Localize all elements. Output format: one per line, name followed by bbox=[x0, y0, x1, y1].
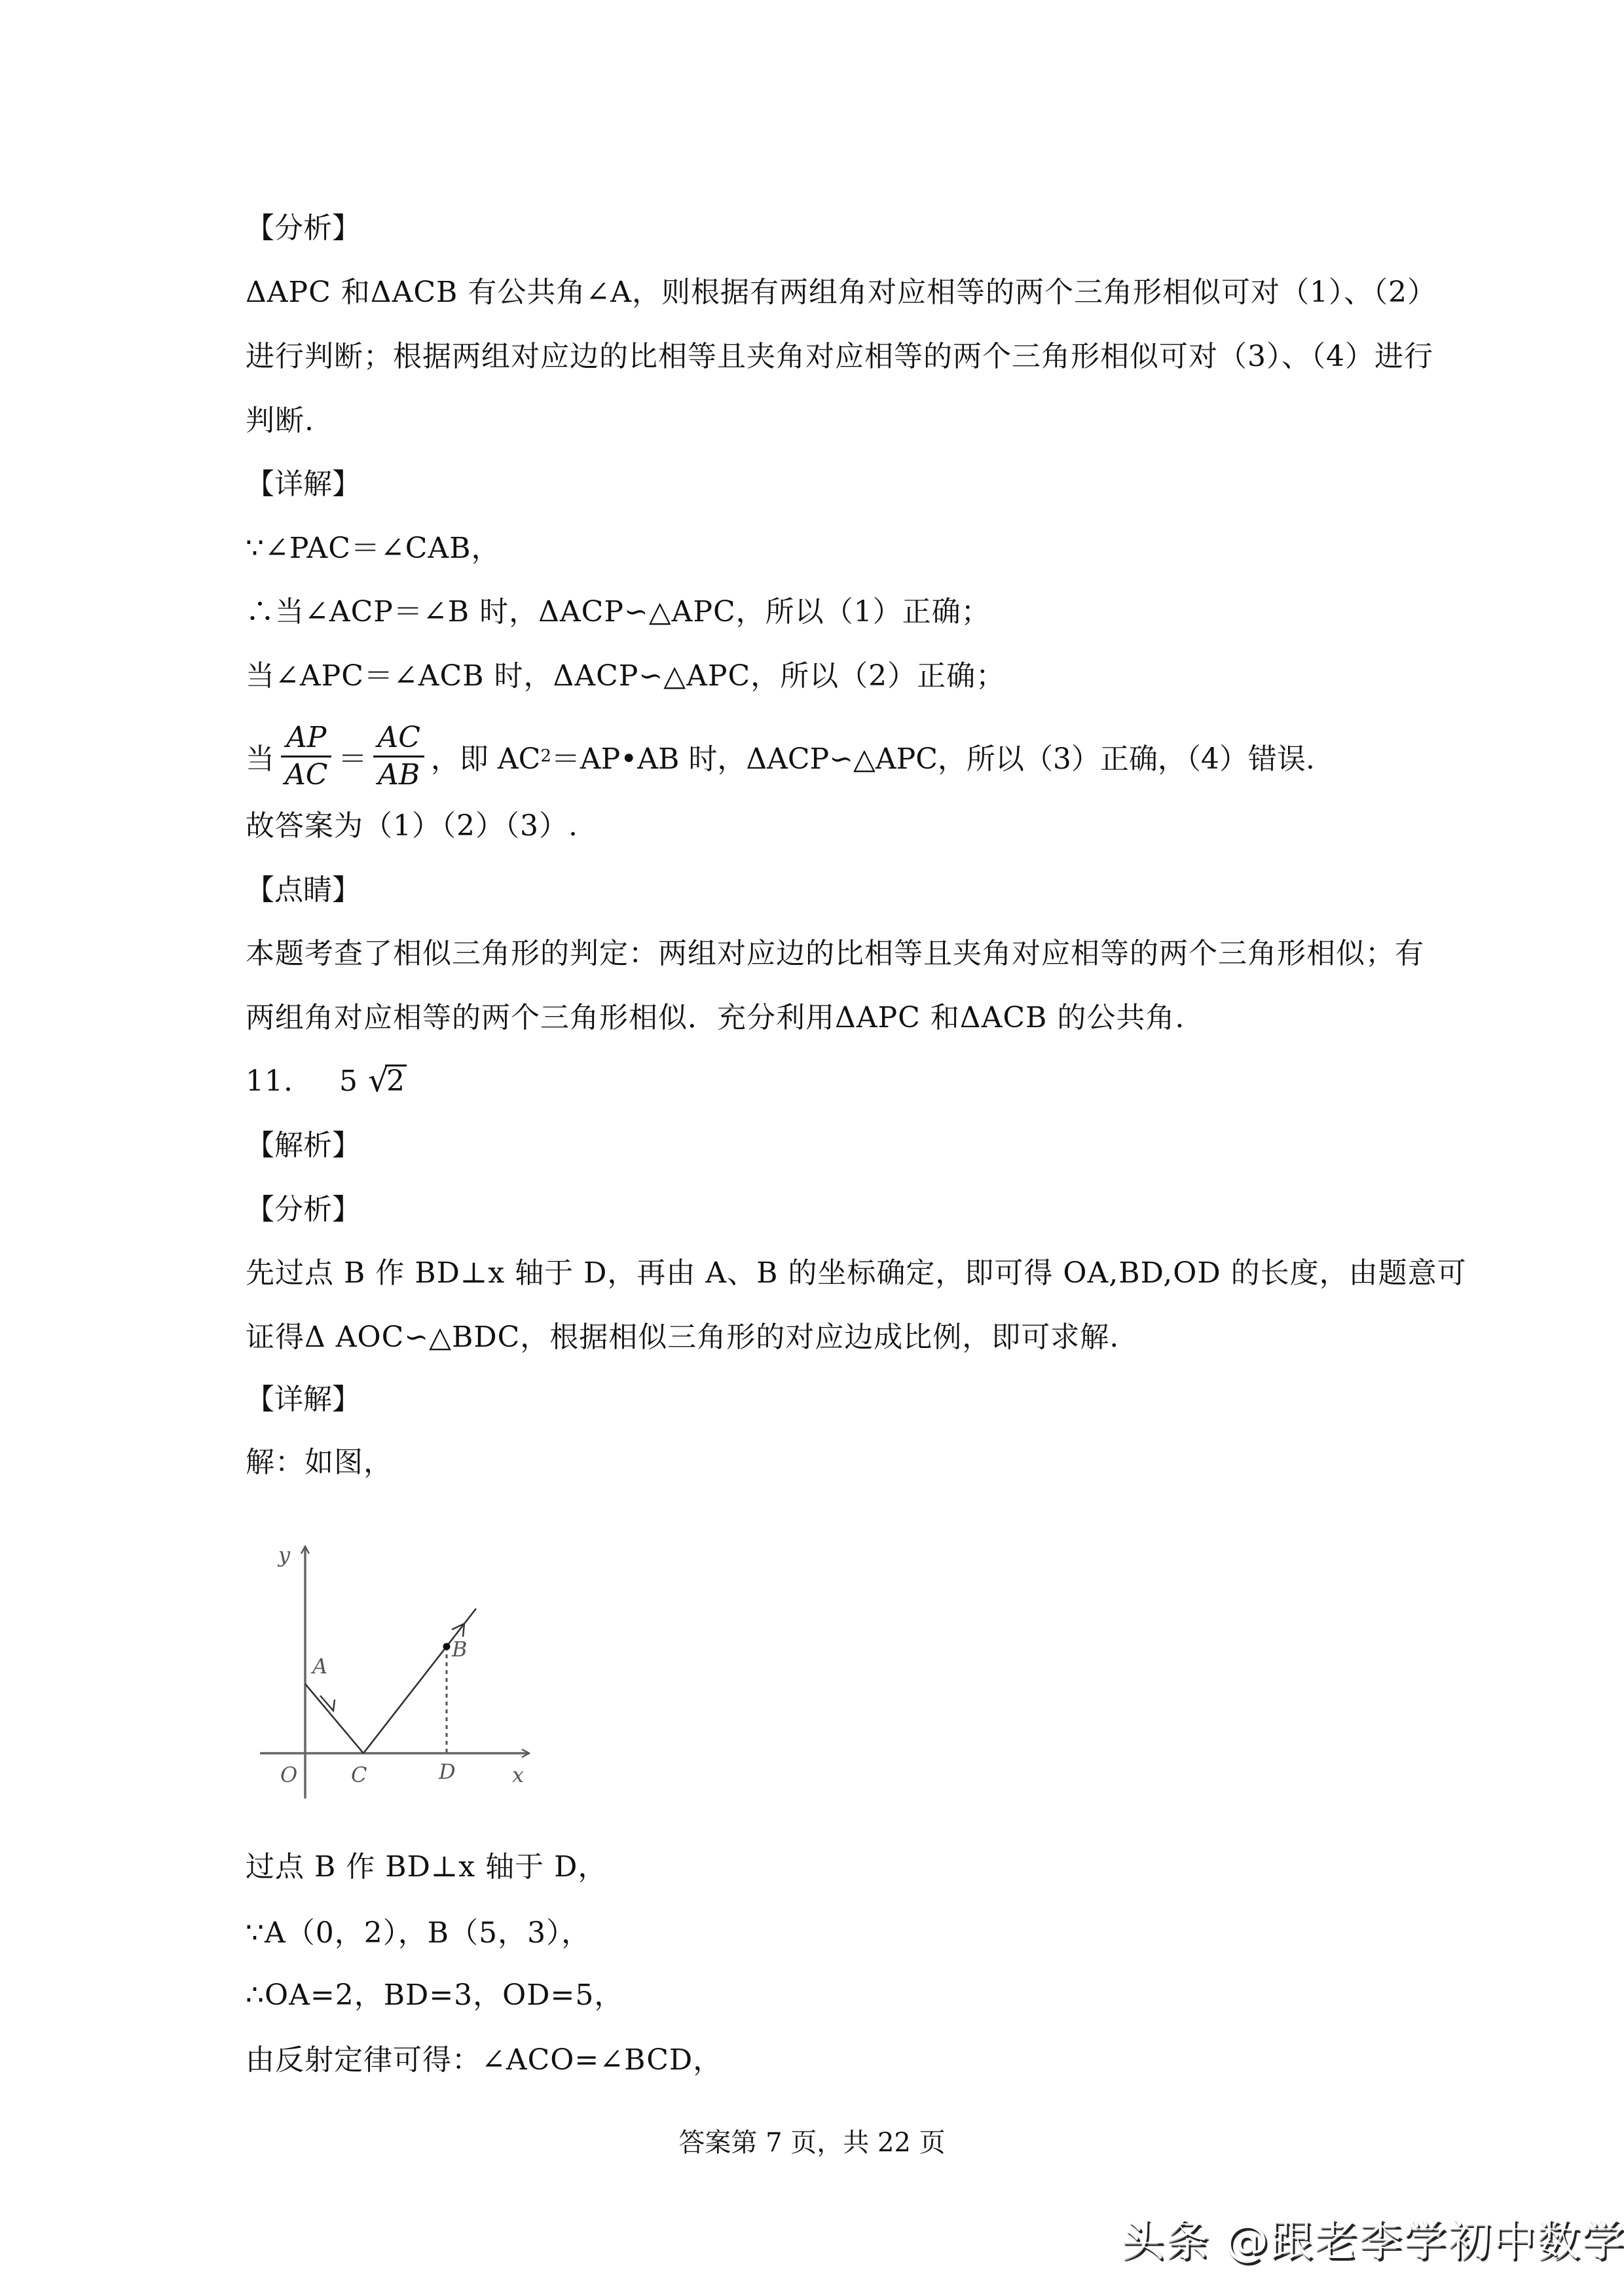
analysis-text-line: 先过点 B 作 BD⊥x 轴于 D，再由 A、B 的坐标确定，即可得 OA,BD… bbox=[246, 1255, 1467, 1292]
conclusion-line: 故答案为（1）（2）（3）. bbox=[246, 808, 578, 845]
reflected-ray bbox=[363, 1609, 476, 1753]
parse-heading: 【解析】 bbox=[246, 1127, 361, 1164]
fraction-numerator: AC bbox=[373, 720, 424, 756]
detail-text-line: ∵A（0，2），B（5，3）， bbox=[246, 1915, 591, 1952]
label-c: C bbox=[351, 1762, 367, 1787]
analysis-text-line: 判断. bbox=[246, 403, 314, 439]
label-x: x bbox=[512, 1762, 524, 1787]
incident-ray bbox=[305, 1684, 363, 1753]
question-number: 11. bbox=[246, 1065, 293, 1098]
label-d: D bbox=[438, 1759, 456, 1784]
analysis-text-line: 进行判断；根据两组对应边的比相等且夹角对应相等的两个三角形相似可对（3）、（4）… bbox=[246, 338, 1433, 375]
detail-heading: 【详解】 bbox=[246, 466, 361, 503]
page-footer: 答案第 7 页，共 22 页 bbox=[0, 2126, 1624, 2159]
answer-coefficient: 5 bbox=[339, 1065, 358, 1098]
label-y: y bbox=[277, 1542, 291, 1567]
fraction-denominator: AB bbox=[374, 757, 424, 793]
fraction-numerator: AP bbox=[282, 720, 330, 756]
fraction-middle-text: ，即 AC bbox=[431, 735, 540, 777]
fraction-ac-over-ab: AC AB bbox=[373, 720, 424, 793]
detail-intro-line: 解：如图， bbox=[246, 1444, 393, 1481]
analysis-text-line: 证得Δ AOC∽△BDC，根据相似三角形的对应边成比例，即可求解. bbox=[246, 1319, 1119, 1356]
label-o: O bbox=[280, 1762, 297, 1787]
fraction-prefix: 当 bbox=[246, 735, 274, 777]
detail-text-line: ∴当∠ACP＝∠B 时，ΔACP∽△APC，所以（1）正确； bbox=[246, 594, 991, 630]
analysis-heading: 【分析】 bbox=[246, 1192, 361, 1228]
question-11-answer: 11. 5 √ 2 bbox=[246, 1063, 407, 1100]
label-b: B bbox=[451, 1637, 468, 1662]
detail-text-line: ∴OA=2，BD=3，OD=5， bbox=[246, 1977, 623, 2014]
comment-text-line: 本题考查了相似三角形的判定：两组对应边的比相等且夹角对应相等的两个三角形相似；有 bbox=[246, 936, 1424, 972]
detail-text-line: 过点 B 作 BD⊥x 轴于 D， bbox=[246, 1849, 607, 1886]
detail-heading: 【详解】 bbox=[246, 1381, 361, 1418]
comment-text-line: 两组角对应相等的两个三角形相似．充分利用ΔAPC 和ΔACB 的公共角. bbox=[246, 1000, 1185, 1036]
square-root: √ 2 bbox=[368, 1063, 407, 1100]
fraction-denominator: AC bbox=[281, 757, 331, 793]
document-page: 【分析】 ΔAPC 和ΔACB 有公共角∠A，则根据有两组角对应相等的两个三角形… bbox=[0, 0, 1624, 2296]
fraction-suffix-text: ＝AP•AB 时，ΔACP∽△APC，所以（3）正确，（4）错误. bbox=[551, 735, 1315, 777]
detail-text-line: 当∠APC＝∠ACB 时，ΔACP∽△APC，所以（2）正确； bbox=[246, 658, 1005, 695]
sqrt-icon: √ bbox=[368, 1062, 390, 1099]
watermark: 头条 @跟老李学初中数学 bbox=[1121, 2216, 1624, 2266]
analysis-text-line: ΔAPC 和ΔACB 有公共角∠A，则根据有两组角对应相等的两个三角形相似可对（… bbox=[246, 274, 1437, 311]
fraction-ap-over-ac: AP AC bbox=[281, 720, 331, 793]
detail-text-line: 由反射定律可得：∠ACO=∠BCD， bbox=[246, 2042, 722, 2079]
point-b bbox=[443, 1643, 451, 1650]
label-a: A bbox=[310, 1654, 327, 1679]
fraction-equation-line: 当 AP AC ＝ AC AB ，即 AC2＝AP•AB 时，ΔACP∽△APC… bbox=[246, 710, 1315, 802]
comment-heading: 【点睛】 bbox=[246, 872, 361, 909]
equals-sign: ＝ bbox=[338, 735, 367, 777]
coordinate-diagram: y A B O C D x bbox=[249, 1532, 550, 1820]
analysis-heading: 【分析】 bbox=[246, 210, 361, 247]
detail-text-line: ∵∠PAC＝∠CAB， bbox=[246, 530, 501, 567]
